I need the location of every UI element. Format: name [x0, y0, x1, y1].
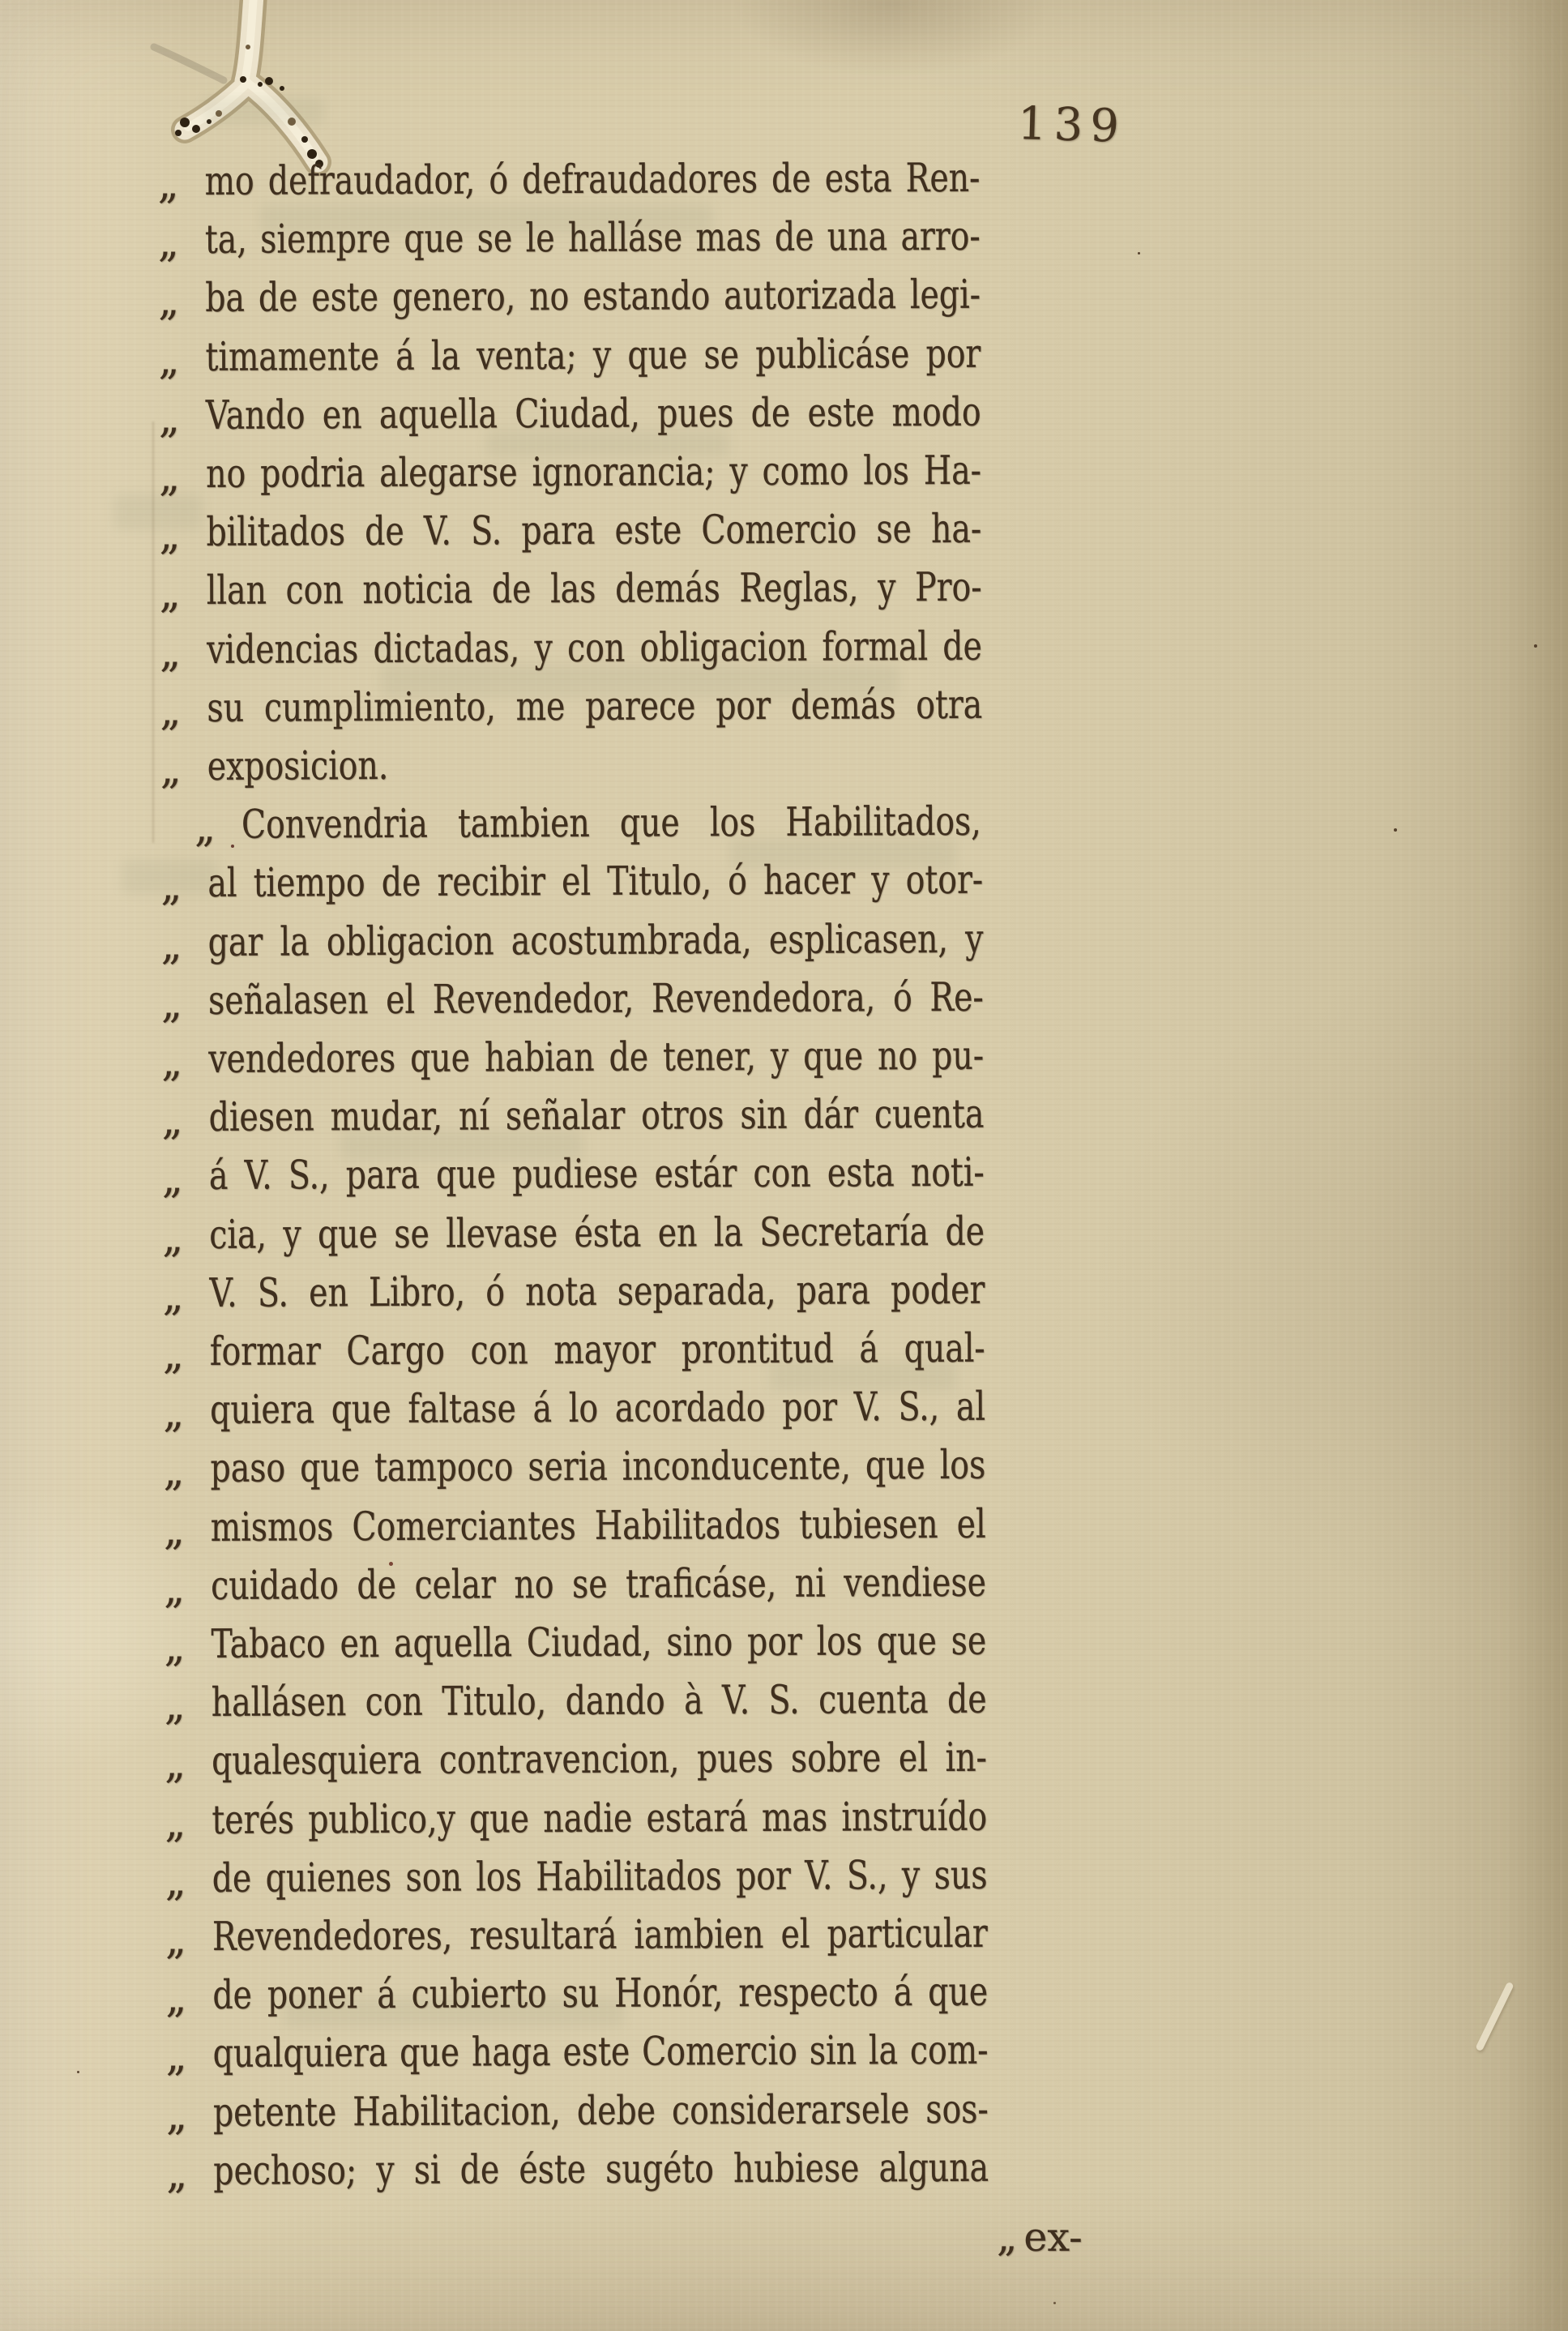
line-quote-mark: „ [166, 2084, 186, 2147]
ink-speck [1138, 252, 1140, 254]
line-quote-mark: „ [164, 1499, 183, 1562]
line-quote-mark: „ [160, 621, 179, 684]
text-line: „ Revendedores, resultará iambien el par… [165, 1905, 988, 1966]
line-text: exposicion. [207, 734, 983, 796]
line-quote-mark: „ [161, 1030, 181, 1093]
line-quote-mark: „ [163, 1381, 182, 1444]
text-line: „ cia, y que se llevase ésta en la Secre… [162, 1202, 985, 1264]
line-text: ba de este genero, no estando autorizada… [205, 266, 981, 327]
page-number: 139 [1017, 97, 1127, 153]
text-line: „ ba de este genero, no estando autoriza… [158, 266, 981, 327]
text-line: „ hallásen con Titulo, dando à V. S. cue… [164, 1670, 987, 1732]
text-line: „ Tabaco en aquella Ciudad, sino por los… [164, 1612, 986, 1674]
line-quote-mark: „ [164, 1557, 183, 1620]
text-line: „ cuidado de celar no se traficáse, ni v… [164, 1554, 986, 1615]
ink-speck [1394, 828, 1397, 832]
line-quote-mark: „ [164, 1674, 184, 1737]
line-quote-mark: „ [159, 445, 178, 508]
line-text: cuidado de celar no se traficáse, ni ven… [211, 1554, 986, 1615]
line-quote-mark: „ [163, 1439, 182, 1503]
catchword-quote-mark: „ [997, 2214, 1015, 2260]
ink-speck [1534, 644, 1537, 648]
line-quote-mark: „ [158, 211, 177, 274]
line-quote-mark: „ [166, 2142, 186, 2205]
line-text: Revendedores, resultará iambien el parti… [212, 1905, 988, 1966]
text-line: „ formar Cargo con mayor prontitud á qua… [163, 1319, 985, 1381]
line-quote-mark: „ [160, 855, 180, 918]
line-text: V. S. en Libro, ó nota separada, para po… [209, 1261, 985, 1323]
line-quote-mark: „ [160, 679, 179, 742]
paper-crease [152, 421, 154, 843]
text-line: „ de poner á cubierto su Honór, respecto… [165, 1963, 988, 2025]
line-text: bilitados de V. S. para este Comercio se… [206, 500, 981, 562]
line-text: de quienes son los Habilitados por V. S.… [212, 1846, 988, 1908]
line-text: no podria alegarse ignorancia; y como lo… [206, 442, 981, 503]
line-text: su cumplimiento, me parece por demás otr… [207, 676, 982, 738]
show-through-stain [203, 97, 324, 125]
line-text: petente Habilitacion, debe considerarsel… [213, 2080, 989, 2141]
line-text: paso que tampoco seria inconducente, que… [210, 1436, 985, 1498]
line-quote-mark: „ [162, 1206, 182, 1269]
line-quote-mark: „ [162, 1089, 182, 1152]
text-line: „ vendedores que habian de tener, y que … [161, 1027, 984, 1089]
line-text: diesen mudar, ní señalar otros sin dár c… [209, 1085, 985, 1147]
text-line: „ terés publico,y que nadie estará mas i… [164, 1787, 987, 1849]
text-line: „ quiera que faltase á lo acordado por V… [163, 1378, 985, 1439]
line-text: terés publico,y que nadie estará mas ins… [211, 1787, 987, 1849]
line-text: señalasen el Revendedor, Revendedora, ó … [208, 969, 984, 1030]
line-quote-mark: „ [157, 152, 177, 216]
text-line: „ de quienes son los Habilitados por V. … [165, 1846, 988, 1908]
text-line: „ paso que tampoco seria inconducente, q… [163, 1436, 985, 1498]
line-text: mismos Comerciantes Habilitados tubiesen… [211, 1495, 986, 1556]
line-text: al tiempo de recibir el Titulo, ó hacer … [207, 851, 983, 913]
line-text: qualquiera que haga este Comercio sin la… [213, 2021, 989, 2083]
line-text: cia, y que se llevase ésta en la Secreta… [209, 1202, 985, 1264]
text-line: „ bilitados de V. S. para este Comercio … [159, 500, 981, 562]
book-page-scan: 139 „ mo defraudador, ó defraudadores de… [0, 0, 1568, 2331]
text-line: „ mo defraudador, ó defraudadores de est… [157, 149, 980, 211]
line-quote-mark: „ [165, 1850, 185, 1913]
line-text: llan con noticia de las demás Reglas, y … [207, 558, 982, 620]
text-line: „ Convendria tambien que los Habilitados… [160, 793, 983, 854]
line-quote-mark: „ [161, 972, 181, 1035]
line-text: ta, siempre que se le halláse mas de una… [205, 207, 981, 269]
ink-speck [77, 2071, 79, 2073]
line-quote-mark: „ [164, 1615, 183, 1679]
text-line: „ gar la obligacion acostumbrada, esplic… [161, 909, 984, 971]
text-line: „ videncias dictadas, y con obligacion f… [160, 617, 982, 678]
text-line: „ V. S. en Libro, ó nota separada, para … [162, 1261, 985, 1323]
line-quote-mark: „ [165, 1966, 185, 2029]
line-text: quiera que faltase á lo acordado por V. … [210, 1378, 985, 1439]
text-line: „ su cumplimiento, me parece por demás o… [160, 676, 982, 738]
line-quote-mark: „ [161, 913, 181, 977]
text-block: „ mo defraudador, ó defraudadores de est… [157, 149, 989, 2211]
catchword-text: ex- [1023, 2214, 1082, 2260]
line-text: Vando en aquella Ciudad, pues de este mo… [206, 383, 981, 445]
line-quote-mark: „ [166, 2025, 186, 2088]
text-line: „ al tiempo de recibir el Titulo, ó hace… [160, 851, 983, 913]
text-line: „ ta, siempre que se le halláse mas de u… [158, 207, 981, 269]
catchword: „ex- [997, 2214, 1083, 2260]
text-line: „ qualquiera que haga este Comercio sin … [166, 2021, 989, 2083]
line-text: Convendria tambien que los Habilitados, [241, 793, 981, 854]
line-quote-mark: „ [158, 328, 177, 391]
text-line: „ no podria alegarse ignorancia; y como … [159, 442, 981, 503]
line-text: qualesquiera contravencion, pues sobre e… [211, 1729, 987, 1790]
text-line: „ timamente á la venta; y que se publicá… [158, 324, 981, 386]
text-line: „ Vando en aquella Ciudad, pues de este … [159, 383, 981, 445]
line-text: pechoso; y si de éste sugéto hubiese alg… [213, 2139, 989, 2201]
text-line: „ llan con noticia de las demás Reglas, … [160, 558, 982, 620]
line-text: Tabaco en aquella Ciudad, sino por los q… [211, 1612, 986, 1674]
text-line: „ pechoso; y si de éste sugéto hubiese a… [166, 2139, 989, 2201]
line-quote-mark: „ [162, 1148, 182, 1211]
text-line: „ mismos Comerciantes Habilitados tubies… [164, 1495, 986, 1556]
line-quote-mark: „ [164, 1732, 184, 1795]
line-quote-mark: „ [159, 503, 178, 567]
line-text: vendedores que habian de tener, y que no… [208, 1027, 984, 1089]
text-line: „ diesen mudar, ní señalar otros sin dár… [162, 1085, 985, 1147]
line-text: de poner á cubierto su Honór, respecto á… [212, 1963, 988, 2025]
line-quote-mark: „ [163, 1323, 182, 1386]
line-text: formar Cargo con mayor prontitud á qual- [210, 1319, 985, 1381]
text-line: „ qualesquiera contravencion, pues sobre… [164, 1729, 987, 1790]
line-text: videncias dictadas, y con obligacion for… [207, 617, 982, 678]
paper-scratch [1475, 1982, 1514, 2052]
ink-speck [1053, 2302, 1056, 2304]
text-line: „ señalasen el Revendedor, Revendedora, … [161, 969, 984, 1030]
line-quote-mark: „ [160, 562, 179, 626]
text-line: „ á V. S., para que pudiese estár con es… [162, 1144, 985, 1205]
line-quote-mark: „ [159, 387, 178, 450]
line-text: á V. S., para que pudiese estár con esta… [209, 1144, 985, 1205]
text-line: „ exposicion. [160, 734, 983, 796]
line-quote-mark: „ [162, 1264, 182, 1328]
line-quote-mark: „ [164, 1791, 184, 1854]
line-text: gar la obligacion acostumbrada, esplicas… [208, 909, 984, 971]
line-quote-mark: „ [165, 1908, 185, 1971]
line-quote-mark: „ [194, 796, 214, 859]
text-line: „ petente Habilitacion, debe considerars… [166, 2080, 989, 2141]
line-text: mo defraudador, ó defraudadores de esta … [204, 149, 980, 211]
line-quote-mark: „ [158, 270, 177, 333]
line-quote-mark: „ [160, 738, 180, 801]
line-text: hallásen con Titulo, dando à V. S. cuent… [211, 1670, 987, 1732]
line-text: timamente á la venta; y que se publicáse… [205, 324, 981, 386]
